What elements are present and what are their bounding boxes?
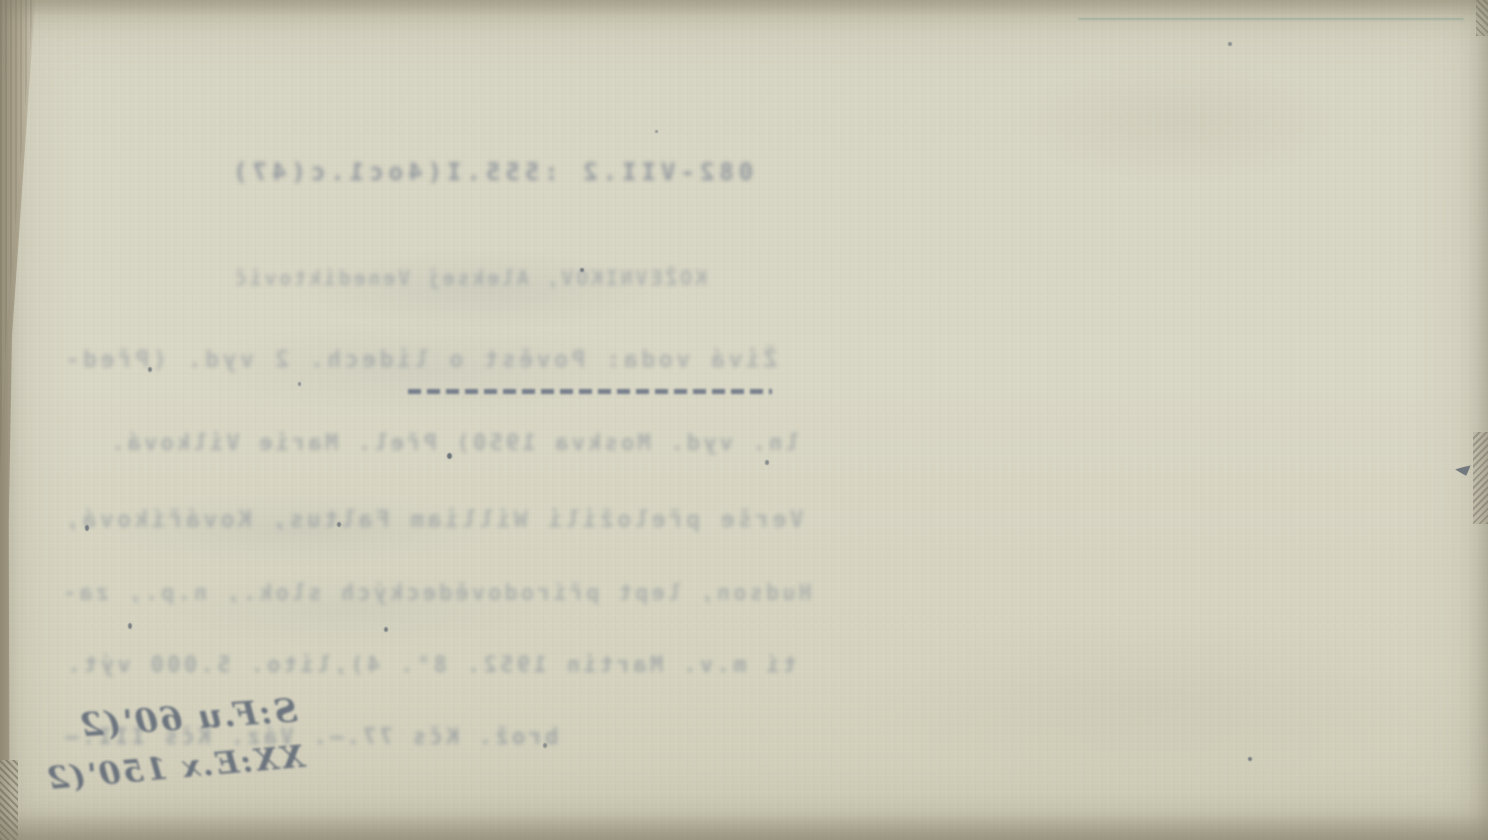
ink-speck xyxy=(1248,757,1252,761)
bottom-edge-shadow xyxy=(0,814,1488,840)
bleedthrough-body-line-3: Verše přeložili William Faltus, Kováříko… xyxy=(62,507,804,533)
bleedthrough-title-line: Živá voda: Pověst o lidech. 2 vyd. (Před… xyxy=(62,347,777,373)
ink-speck xyxy=(580,268,584,272)
ink-speck xyxy=(655,130,658,133)
ink-speck xyxy=(337,522,341,527)
ink-speck xyxy=(298,382,301,386)
bleedthrough-classification-line: 082-VII.2 :555.I(4oc1.c(47) xyxy=(228,158,753,186)
bleedthrough-body-line-4: Hudson, lept přírodovědeckých slok., n.p… xyxy=(60,581,812,606)
scanner-edge-left xyxy=(0,0,40,840)
ink-speck xyxy=(447,453,452,459)
ink-speck xyxy=(543,743,547,748)
ink-speck xyxy=(85,525,89,531)
scanner-corner-top-right xyxy=(1476,0,1488,36)
ink-speck xyxy=(128,623,132,629)
ink-speck xyxy=(1228,42,1232,46)
ink-speck xyxy=(384,627,388,632)
scanner-corner-bottom-left xyxy=(0,760,18,840)
title-underline-mark xyxy=(408,389,772,394)
ink-speck xyxy=(765,460,769,465)
ruled-line xyxy=(1078,18,1464,20)
right-edge-ink-mark xyxy=(1455,465,1471,476)
ink-speck xyxy=(148,367,152,372)
catalog-card-scan: 082-VII.2 :555.I(4oc1.c(47) KOŽEVNIKOV, … xyxy=(0,0,1488,840)
bleedthrough-heading-line: KOŽEVNIKOV, Aleksej Venediktovič xyxy=(232,266,707,290)
scanner-edge-left-streaks xyxy=(0,0,34,470)
scanner-edge-right-patch xyxy=(1473,432,1488,524)
bleedthrough-body-line-5: tí m.v. Martin 1952. 8°. 4),lito. 5.000 … xyxy=(64,653,796,678)
bleedthrough-body-line-2: ln. vyd. Moskva 1950) Přel. Marie Vilkov… xyxy=(108,431,799,456)
